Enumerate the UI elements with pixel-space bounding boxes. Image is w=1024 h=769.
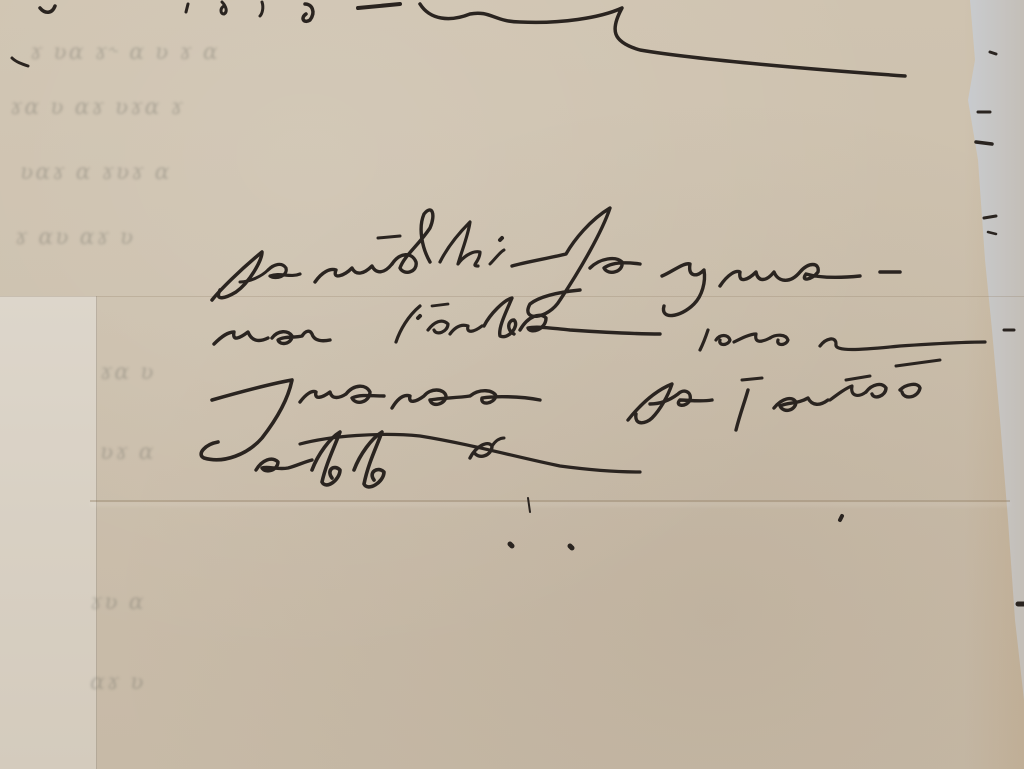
document-photo: ɤ ʋɑ ɤ˞ ɑ ʋ ɤ ɑ ɤɑ ʋ ɑɤ ʋɤɑ ɤ ʋɑɤ ɑ ɤʋɤ … (0, 0, 1024, 769)
handwriting-ink (0, 0, 1024, 769)
